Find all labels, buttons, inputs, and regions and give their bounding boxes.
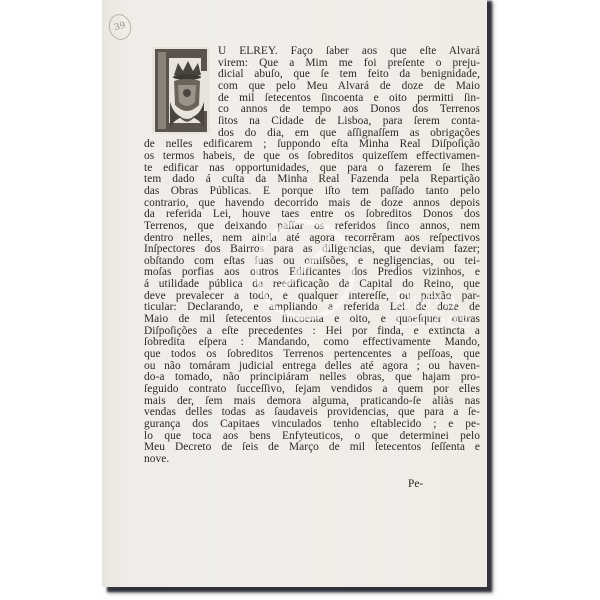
text-line: U ELREY. Faço ſaber aos que eſte Alvará [218,46,480,58]
text-line: nove. [144,454,480,466]
text-line: que todos os ſobreditos Terrenos pertenc… [144,349,480,361]
document-body-text: U ELREY. Faço ſaber aos que eſte Alvará … [144,46,480,466]
text-line: Maio de mil ſetecentos ſincoenta e oito,… [144,314,480,326]
text-line: Terrenos, que deixando paſſar os referid… [144,221,480,233]
text-line: os termos habeis, de que os ſobreditos q… [144,151,480,163]
catchword: Pe- [408,478,423,490]
text-line: ſeguido contrato ſucceſſivo, ſejam vendi… [144,384,480,396]
text-line: das Obras Públicas. E porque iſto tem pa… [144,186,480,198]
text-line: Meu Decreto de ſeis de Março de mil ſete… [144,442,480,454]
text-line: com que pelo Meu Alvará de doze de Maio [218,81,480,93]
text-line: gurança dos Capitaes vinculados tenho eſ… [144,419,480,431]
text-line: ſitos na Cidade de Lisboa, para ſerem co… [218,116,480,128]
